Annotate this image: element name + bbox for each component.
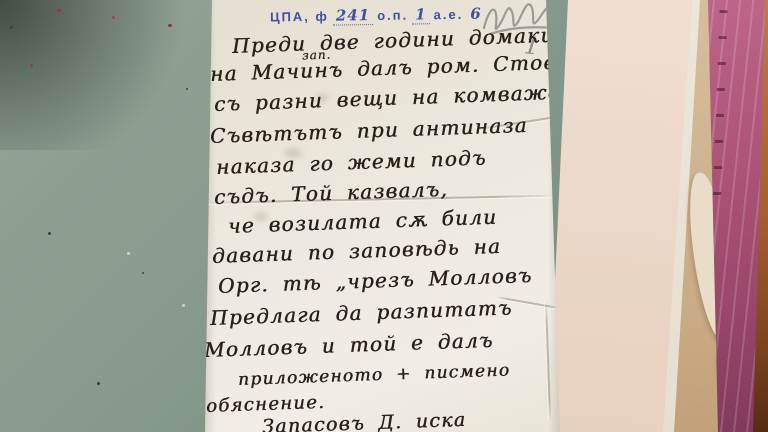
archive-photo: ЦПА, ф 241 о.п. 1 а.е. 6 1 зап. Преди дв… xyxy=(0,0,768,432)
dark-speck xyxy=(97,382,100,385)
archive-stamp: ЦПА, ф 241 о.п. 1 а.е. 6 xyxy=(270,5,485,27)
dark-speck xyxy=(10,26,13,29)
stamp-unit-label: а.е. xyxy=(433,7,463,22)
document-page: ЦПА, ф 241 о.п. 1 а.е. 6 1 зап. Преди дв… xyxy=(198,0,564,432)
dark-speck xyxy=(186,88,188,90)
red-speck xyxy=(168,24,172,27)
dark-speck xyxy=(48,232,51,235)
corner-shadow xyxy=(0,0,220,150)
stamp-fond-number: 241 xyxy=(333,6,374,26)
red-speck xyxy=(30,64,33,67)
handwriting-line: обяснение. xyxy=(206,392,326,417)
stamp-opis-label: о.п. xyxy=(377,8,408,23)
dark-speck xyxy=(142,272,144,274)
red-speck xyxy=(57,9,61,12)
light-speck xyxy=(182,304,185,307)
light-speck xyxy=(127,252,130,255)
red-speck xyxy=(112,16,115,19)
stamp-agency-label: ЦПА, ф xyxy=(270,9,329,25)
stamp-opis-number: 1 xyxy=(412,5,430,24)
